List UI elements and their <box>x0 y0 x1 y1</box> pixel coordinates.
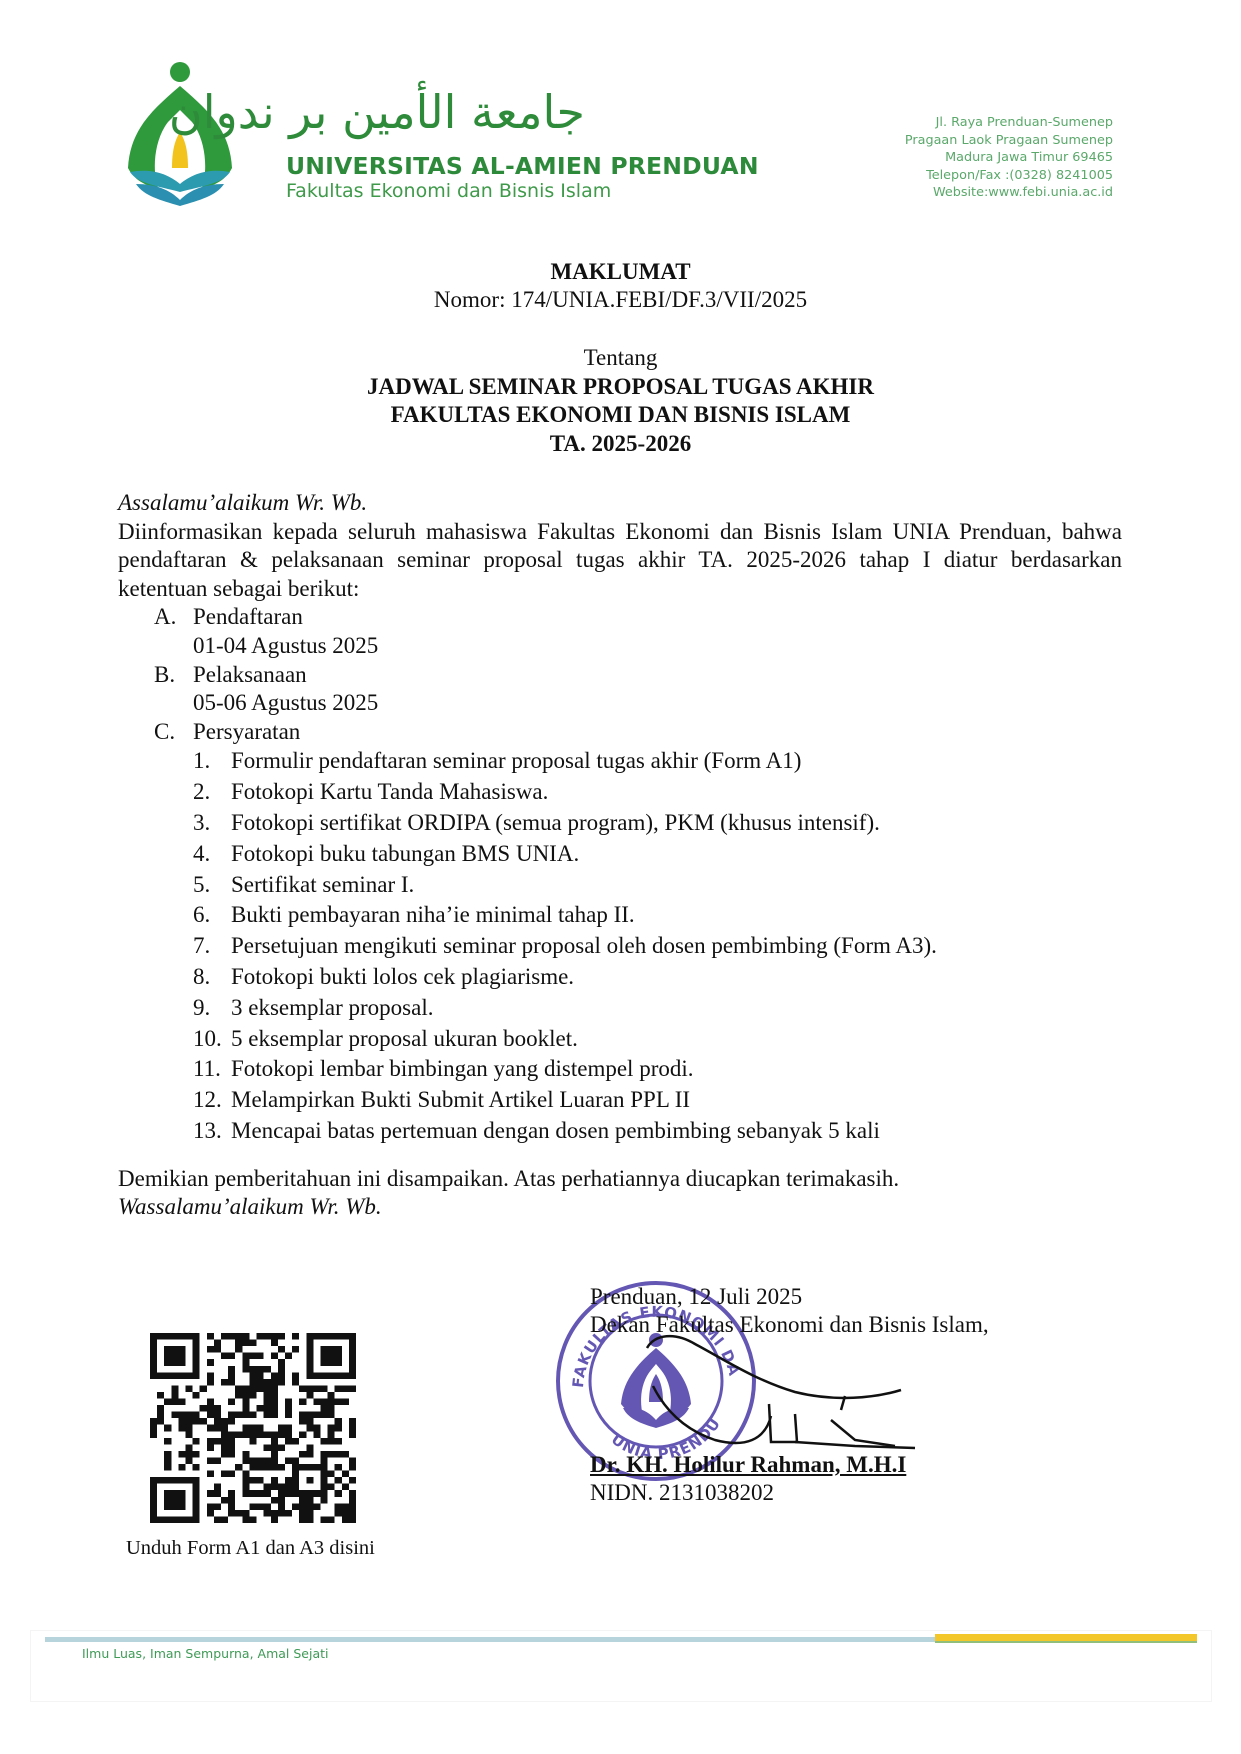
item-text: Sertifikat seminar I. <box>231 870 414 901</box>
greeting: Assalamu’alaikum Wr. Wb. <box>118 489 1122 518</box>
qr-caption: Unduh Form A1 dan A3 disini <box>126 1537 375 1560</box>
signer-name: Dr. KH. Holilur Rahman, M.H.I <box>590 1451 989 1479</box>
item-text: Bukti pembayaran niha’ie minimal tahap I… <box>231 900 635 931</box>
list-item: 6.Bukti pembayaran niha’ie minimal tahap… <box>118 900 1122 931</box>
address-line: Madura Jawa Timur 69465 <box>905 149 1113 167</box>
address-block: Jl. Raya Prenduan-Sumenep Pragaan Laok P… <box>905 114 1113 202</box>
item-number: 13. <box>193 1116 231 1147</box>
list-item: 2.Fotokopi Kartu Tanda Mahasiswa. <box>118 777 1122 808</box>
item-text: Fotokopi lembar bimbingan yang distempel… <box>231 1054 694 1085</box>
subject-line: JADWAL SEMINAR PROPOSAL TUGAS AKHIR <box>0 374 1241 400</box>
item-number: 6. <box>193 900 231 931</box>
list-item: 9.3 eksemplar proposal. <box>118 993 1122 1024</box>
phone-line: Telepon/Fax :(0328) 8241005 <box>905 167 1113 185</box>
item-number: 4. <box>193 839 231 870</box>
list-item: 5.Sertifikat seminar I. <box>118 870 1122 901</box>
section-title: Pendaftaran <box>193 603 303 632</box>
item-number: 2. <box>193 777 231 808</box>
item-number: 7. <box>193 931 231 962</box>
item-text: Fotokopi Kartu Tanda Mahasiswa. <box>231 777 548 808</box>
footer-accent-bar <box>935 1634 1197 1643</box>
list-item: 12.Melampirkan Bukti Submit Artikel Luar… <box>118 1085 1122 1116</box>
section-title: Persyaratan <box>193 718 300 747</box>
arabic-university-name: جامعة الأمين بر ندوان <box>285 76 585 148</box>
list-item: 8.Fotokopi bukti lolos cek plagiarisme. <box>118 962 1122 993</box>
signer-position: Dekan Fakultas Ekonomi dan Bisnis Islam, <box>590 1311 989 1339</box>
document-title: MAKLUMAT <box>0 259 1241 285</box>
item-number: 3. <box>193 808 231 839</box>
item-text: 5 eksemplar proposal ukuran booklet. <box>231 1024 578 1055</box>
section-registration: A. Pendaftaran <box>118 603 1122 632</box>
list-item: 7.Persetujuan mengikuti seminar proposal… <box>118 931 1122 962</box>
university-name: UNIVERSITAS AL-AMIEN PRENDUAN <box>286 152 759 180</box>
item-number: 10. <box>193 1024 231 1055</box>
item-text: Fotokopi sertifikat ORDIPA (semua progra… <box>231 808 880 839</box>
signature-block: Prenduan, 12 Juli 2025 Dekan Fakultas Ek… <box>590 1283 989 1507</box>
subject-line: TA. 2025-2026 <box>0 431 1241 457</box>
farewell: Wassalamu’alaikum Wr. Wb. <box>118 1193 1122 1222</box>
requirements-list: 1.Formulir pendaftaran seminar proposal … <box>118 746 1122 1146</box>
subject-line: FAKULTAS EKONOMI DAN BISNIS ISLAM <box>0 402 1241 428</box>
faculty-name: Fakultas Ekonomi dan Bisnis Islam <box>286 180 611 202</box>
footer-tagline: Ilmu Luas, Iman Sempurna, Amal Sejati <box>82 1646 329 1661</box>
item-text: Melampirkan Bukti Submit Artikel Luaran … <box>231 1085 690 1116</box>
item-number: 8. <box>193 962 231 993</box>
website-line: Website:www.febi.unia.ac.id <box>905 184 1113 202</box>
section-title: Pelaksanaan <box>193 661 307 690</box>
item-text: Formulir pendaftaran seminar proposal tu… <box>231 746 801 777</box>
list-item: 10.5 eksemplar proposal ukuran booklet. <box>118 1024 1122 1055</box>
signer-nidn: NIDN. 2131038202 <box>590 1479 989 1507</box>
item-number: 12. <box>193 1085 231 1116</box>
section-label: B. <box>154 661 193 690</box>
section-detail: 01-04 Agustus 2025 <box>118 632 1122 661</box>
about-label: Tentang <box>0 345 1241 371</box>
item-text: 3 eksemplar proposal. <box>231 993 433 1024</box>
address-line: Jl. Raya Prenduan-Sumenep <box>905 114 1113 132</box>
item-text: Mencapai batas pertemuan dengan dosen pe… <box>231 1116 880 1147</box>
intro-paragraph: Diinformasikan kepada seluruh mahasiswa … <box>118 518 1122 604</box>
item-number: 1. <box>193 746 231 777</box>
item-text: Fotokopi bukti lolos cek plagiarisme. <box>231 962 574 993</box>
section-requirements: C. Persyaratan <box>118 718 1122 747</box>
section-implementation: B. Pelaksanaan <box>118 661 1122 690</box>
item-number: 9. <box>193 993 231 1024</box>
section-label: A. <box>154 603 193 632</box>
section-label: C. <box>154 718 193 747</box>
section-detail: 05-06 Agustus 2025 <box>118 689 1122 718</box>
item-text: Fotokopi buku tabungan BMS UNIA. <box>231 839 579 870</box>
document-number: Nomor: 174/UNIA.FEBI/DF.3/VII/2025 <box>0 287 1241 313</box>
list-item: 4.Fotokopi buku tabungan BMS UNIA. <box>118 839 1122 870</box>
list-item: 13.Mencapai batas pertemuan dengan dosen… <box>118 1116 1122 1147</box>
list-item: 11.Fotokopi lembar bimbingan yang distem… <box>118 1054 1122 1085</box>
list-item: 1.Formulir pendaftaran seminar proposal … <box>118 746 1122 777</box>
item-text: Persetujuan mengikuti seminar proposal o… <box>231 931 937 962</box>
qr-code[interactable] <box>150 1333 356 1523</box>
item-number: 11. <box>193 1054 231 1085</box>
closing-sentence: Demikian pemberitahuan ini disampaikan. … <box>118 1165 1122 1194</box>
place-date: Prenduan, 12 Juli 2025 <box>590 1283 989 1311</box>
document-body: Assalamu’alaikum Wr. Wb. Diinformasikan … <box>118 489 1122 1222</box>
item-number: 5. <box>193 870 231 901</box>
address-line: Pragaan Laok Pragaan Sumenep <box>905 132 1113 150</box>
list-item: 3.Fotokopi sertifikat ORDIPA (semua prog… <box>118 808 1122 839</box>
